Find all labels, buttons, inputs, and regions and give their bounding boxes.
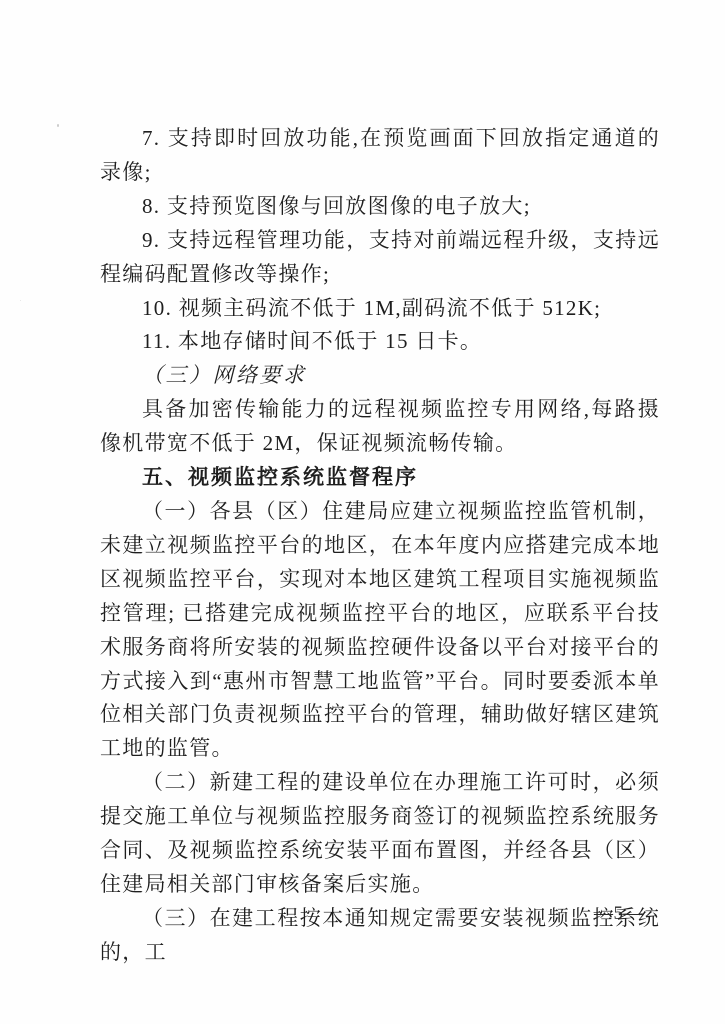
list-item-9: 9. 支持远程管理功能，支持对前端远程升级，支持远程编码配置修改等操作; [100, 224, 660, 292]
list-item-7: 7. 支持即时回放功能,在预览画面下回放指定通道的录像; [100, 122, 660, 190]
list-item-11: 11. 本地存储时间不低于 15 日卡。 [100, 325, 660, 359]
scan-speck [57, 124, 59, 127]
scan-speck [20, 300, 21, 301]
document-body: 7. 支持即时回放功能,在预览画面下回放指定通道的录像; 8. 支持预览图像与回… [100, 122, 660, 970]
list-item-10: 10. 视频主码流不低于 1M,副码流不低于 512K; [100, 292, 660, 326]
section-heading-supervision: 五、视频监控系统监督程序 [100, 461, 660, 495]
paragraph-network-requirement: 具备加密传输能力的远程视频监控专用网络,每路摄像机带宽不低于 2M，保证视频流畅… [100, 393, 660, 461]
paragraph-supervision-3: （三）在建工程按本通知规定需要安装视频监控系统的，工 [100, 902, 660, 970]
document-page: 7. 支持即时回放功能,在预览画面下回放指定通道的录像; 8. 支持预览图像与回… [0, 0, 725, 1024]
subsection-heading-network: （三）网络要求 [100, 359, 660, 393]
page-number: —5— [594, 903, 643, 925]
paragraph-supervision-1: （一）各县（区）住建局应建立视频监控监管机制，未建立视频监控平台的地区，在本年度… [100, 495, 660, 766]
paragraph-supervision-2: （二）新建工程的建设单位在办理施工许可时，必须提交施工单位与视频监控服务商签订的… [100, 766, 660, 902]
list-item-8: 8. 支持预览图像与回放图像的电子放大; [100, 190, 660, 224]
